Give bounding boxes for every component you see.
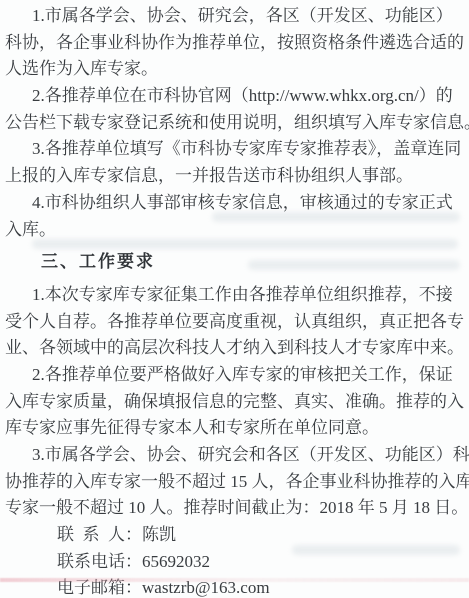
contact-phone-label: 联系电话： bbox=[57, 552, 142, 571]
text-line: 2.各推荐单位在市科协官网（http://www.whkx.org.cn/）的 bbox=[5, 83, 464, 110]
contact-person-line: 联 系 人：陈凯 bbox=[5, 522, 464, 549]
text-line: 库专家应事先征得专家本人和专家所在单位同意。 bbox=[5, 415, 464, 442]
text-line: 受个人自荐。各推荐单位要高度重视，认真组织，真正把各专 bbox=[5, 309, 464, 336]
text-line: 入库。 bbox=[5, 217, 464, 244]
section-heading: 三、工作要求 bbox=[5, 249, 464, 276]
text-line: 4.市科协组织人事部审核专家信息，审核通过的专家正式 bbox=[5, 190, 464, 217]
contact-email-line: 电子邮箱：wastzrb@163.com bbox=[5, 575, 464, 598]
contact-email-value: wastzrb@163.com bbox=[142, 578, 270, 597]
contact-person-value: 陈凯 bbox=[142, 525, 176, 544]
text-line: 入库专家质量，确保填报信息的完整、真实、准确。推荐的入 bbox=[5, 389, 464, 416]
text-line: 协推荐的入库专家一般不超过 15 人，各企事业科协推荐的入库 bbox=[5, 469, 464, 496]
text-line: 业、各领域中的高层次科技人才纳入到科技人才专家库中来。 bbox=[5, 335, 464, 362]
text-line: 2.各推荐单位要严格做好入库专家的审核把关工作，保证 bbox=[5, 362, 464, 389]
text-line: 上报的入库专家信息，一并报告送市科协组织人事部。 bbox=[5, 163, 464, 190]
text-line: 公告栏下载专家登记系统和使用说明，组织填写入库专家信息。 bbox=[5, 110, 464, 137]
text-line: 1.市属各学会、协会、研究会，各区（开发区、功能区） bbox=[5, 3, 464, 30]
document-page: 1.市属各学会、协会、研究会，各区（开发区、功能区） 科协，各企事业科协作为推荐… bbox=[0, 0, 469, 598]
text-line: 科协，各企事业科协作为推荐单位，按照资格条件遴选合适的 bbox=[5, 30, 464, 57]
text-line: 3.市属各学会、协会、研究会和各区（开发区、功能区）科 bbox=[5, 442, 464, 469]
text-line: 3.各推荐单位填写《市科协专家库专家推荐表》，盖章连同 bbox=[5, 136, 464, 163]
contact-email-label: 电子邮箱： bbox=[57, 578, 142, 597]
text-line: 人选作为入库专家。 bbox=[5, 56, 464, 83]
contact-person-label: 联 系 人： bbox=[57, 525, 142, 544]
contact-phone-value: 65692032 bbox=[142, 552, 210, 571]
contact-phone-line: 联系电话：65692032 bbox=[5, 549, 464, 576]
text-line: 专家一般不超过 10 人。推荐时间截止为：2018 年 5 月 18 日。 bbox=[5, 495, 464, 522]
text-line: 1.本次专家库专家征集工作由各推荐单位组织推荐，不接 bbox=[5, 282, 464, 309]
document-body: 1.市属各学会、协会、研究会，各区（开发区、功能区） 科协，各企事业科协作为推荐… bbox=[0, 0, 469, 598]
